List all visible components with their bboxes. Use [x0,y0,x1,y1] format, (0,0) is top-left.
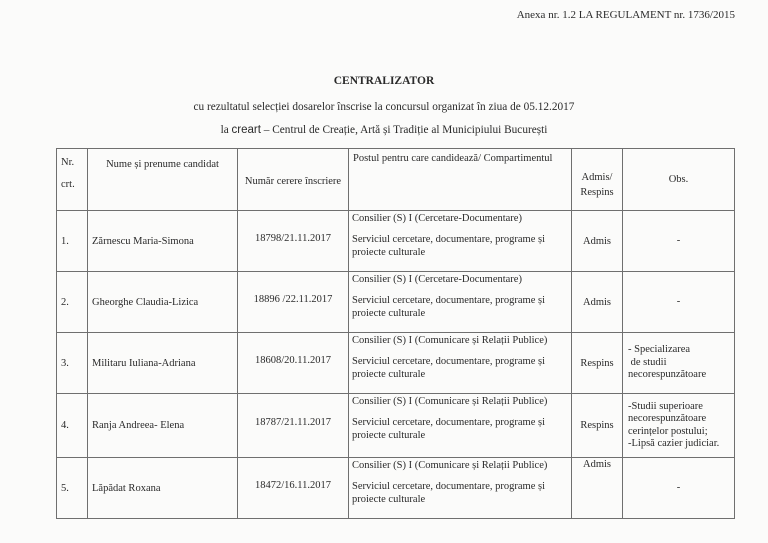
results-table: Nr. crt. Nume și prenume candidat Număr … [56,148,735,519]
column-header-post: Postul pentru care candidează/ Compartim… [349,149,572,211]
row-number: 3. [57,333,88,394]
table-header-row: Nr. crt. Nume și prenume candidat Număr … [57,149,735,211]
result-status: Admis [572,211,623,272]
result-status: Respins [572,394,623,458]
position-title: Consilier (S) I (Cercetare-Documentare) [352,273,568,287]
document-subtitle: cu rezultatul selecției dosarelor înscri… [0,101,768,113]
application-number: 18472/16.11.2017 [238,458,349,519]
column-header-nr: Nr. crt. [57,149,88,211]
position-cell: Consilier (S) I (Cercetare-Documentare)S… [349,211,572,272]
observation-line: cerințelor postului; [628,426,734,439]
position-cell: Consilier (S) I (Comunicare și Relații P… [349,458,572,519]
row-number: 4. [57,394,88,458]
column-header-result-line1: Admis/ [582,172,613,183]
column-header-number: Număr cerere înscriere [238,149,349,211]
observation-line: necorespunzătoare [628,369,734,382]
position-title: Consilier (S) I (Cercetare-Documentare) [352,212,568,226]
application-number: 18608/20.11.2017 [238,333,349,394]
observation-line: - Specializarea [628,344,734,357]
annex-reference: Anexa nr. 1.2 LA REGULAMENT nr. 1736/201… [517,9,735,21]
observation-line: de studii [628,357,734,370]
observations: -Studii superioarenecorespunzătoarecerin… [623,394,735,458]
document-title: CENTRALIZATOR [0,75,768,87]
result-status: Respins [572,333,623,394]
column-header-name: Nume și prenume candidat [88,149,238,211]
institution-prefix: la [221,124,232,136]
table-row: 1.Zărnescu Maria-Simona18798/21.11.2017C… [57,211,735,272]
observations: - [623,211,735,272]
position-cell: Consilier (S) I (Comunicare și Relații P… [349,333,572,394]
candidate-name: Militaru Iuliana-Adriana [88,333,238,394]
column-header-nr-line1: Nr. [61,157,74,168]
department-name: Serviciul cercetare, documentare, progra… [352,356,545,381]
application-number: 18798/21.11.2017 [238,211,349,272]
candidate-name: Lăpădat Roxana [88,458,238,519]
column-header-nr-line2: crt. [61,179,75,190]
result-status: Admis [572,458,623,519]
position-title: Consilier (S) I (Comunicare și Relații P… [352,334,568,348]
position-title: Consilier (S) I (Comunicare și Relații P… [352,459,568,473]
institution-line: la creart – Centrul de Creație, Artă și … [0,124,768,136]
application-number: 18787/21.11.2017 [238,394,349,458]
row-number: 1. [57,211,88,272]
observation-line: -Lipsă cazier judiciar. [628,438,734,451]
table-row: 2.Gheorghe Claudia-Lizica18896 /22.11.20… [57,272,735,333]
position-cell: Consilier (S) I (Comunicare și Relații P… [349,394,572,458]
department-name: Serviciul cercetare, documentare, progra… [352,417,545,442]
table-row: 5.Lăpădat Roxana18472/16.11.2017Consilie… [57,458,735,519]
observations: - Specializarea de studiinecorespunzătoa… [623,333,735,394]
observation-line: - [623,482,734,495]
application-number: 18896 /22.11.2017 [238,272,349,333]
column-header-result-line2: Respins [580,187,613,198]
observation-line: - [623,296,734,309]
column-header-obs: Obs. [623,149,735,211]
observations: - [623,458,735,519]
observation-line: - [623,235,734,248]
department-name: Serviciul cercetare, documentare, progra… [352,481,545,506]
result-status: Admis [572,272,623,333]
institution-brand: creart [232,124,261,136]
observations: - [623,272,735,333]
observation-line: -Studii superioare [628,401,734,414]
candidate-name: Zărnescu Maria-Simona [88,211,238,272]
institution-name: – Centrul de Creație, Artă și Tradiție a… [261,124,547,136]
table-body: 1.Zărnescu Maria-Simona18798/21.11.2017C… [57,211,735,519]
observation-line: necorespunzătoare [628,413,734,426]
candidate-name: Ranja Andreea- Elena [88,394,238,458]
table-row: 3.Militaru Iuliana-Adriana18608/20.11.20… [57,333,735,394]
table-row: 4.Ranja Andreea- Elena18787/21.11.2017Co… [57,394,735,458]
position-cell: Consilier (S) I (Cercetare-Documentare)S… [349,272,572,333]
department-name: Serviciul cercetare, documentare, progra… [352,234,545,259]
position-title: Consilier (S) I (Comunicare și Relații P… [352,395,568,409]
row-number: 5. [57,458,88,519]
row-number: 2. [57,272,88,333]
column-header-result: Admis/ Respins [572,149,623,211]
candidate-name: Gheorghe Claudia-Lizica [88,272,238,333]
department-name: Serviciul cercetare, documentare, progra… [352,295,545,320]
